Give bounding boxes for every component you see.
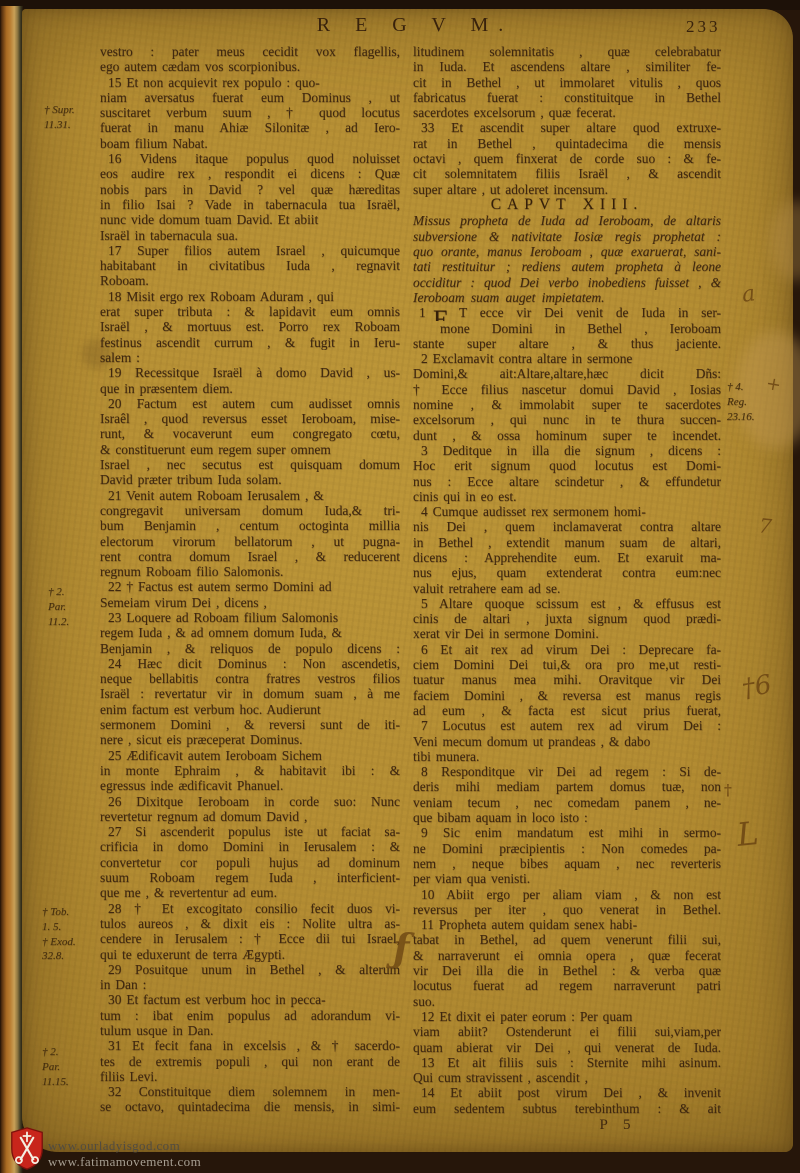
text-line: 25 Ædificavit autem Ieroboam Sichem [100, 748, 400, 763]
text-line: 12 Et dixit ei pater eorum : Per quam [413, 1009, 721, 1024]
text-line: 14 Et abiit post virum Dei , & invenit [413, 1085, 721, 1100]
text-line: regem Iuda , & ad omnem domum Iuda, & [100, 625, 400, 640]
text-line: valuit retrahere eam ad se. [413, 581, 721, 596]
text-line: niam aversatus fuerat eum Dominus , ut [100, 90, 400, 105]
text-line: cinis qui in eo est. [413, 489, 721, 504]
text-line: nus ejus, quam extenderat contra eum:nec [413, 565, 721, 580]
text-line: ne Domini præcipientis : Non comedes pa- [413, 841, 721, 856]
text-line: tibi munera. [413, 749, 721, 764]
margin-note-line: 1. 5. [42, 920, 100, 935]
text-line: 1ET ecce vir Dei venit de Iuda in ser- [413, 305, 721, 320]
text-line: filiis Levi. [100, 1069, 400, 1084]
text-line: mone Domini in Bethel , Ieroboam [413, 321, 721, 336]
handwritten-mark-seven: 7 [758, 513, 773, 538]
text-line: 33 Et ascendit super altare quod extruxe… [413, 120, 721, 135]
text-line: 10 Abiit ergo per aliam viam , & non est [413, 887, 721, 902]
text-line: dunt , & ossa hominum super te incendet. [413, 428, 721, 443]
text-line: festinus ascendit currum , & fugit in Ie… [100, 335, 400, 350]
text-line: crificia in domo Domini in Ierusalem : & [100, 839, 400, 854]
watermark-url-ourladyisgod: www.ourladyisgod.com [48, 1138, 180, 1154]
margin-note-2par-11-2: † 2. Par. 11.2. [48, 585, 106, 629]
text-line: viam abiit? Ostenderunt ei filii sui,via… [413, 1024, 721, 1039]
text-line: ciem Domini Dei tui,& ora pro me,ut rest… [413, 657, 721, 672]
text-line: 18 Misit ergo rex Roboam Aduram , qui [100, 289, 400, 304]
text-line: tum : ibat enim populus ad adorandum vi- [100, 1008, 400, 1023]
text-line: 19 Recessitque Israël à domo David , us- [100, 365, 400, 380]
text-line: ego autem cædam vos scorpionibus. [100, 59, 400, 74]
text-line: nere , sicut eis præceperat Dominus. [100, 732, 400, 747]
text-line: nem , neque bibes aquam , nec reverteris [413, 856, 721, 871]
text-line: 22 † Factus est autem sermo Domini ad [100, 579, 400, 594]
paper-stain [770, 201, 800, 281]
text-line: in filio Isai ? Vade in tabernacula tua … [100, 197, 400, 212]
text-line: Roboam. [100, 273, 400, 288]
text-line: convertetur cor populi hujus ad dominum [100, 855, 400, 870]
text-line: dicens : Apprehendite eum. Et exaruit ma… [413, 550, 721, 565]
text-line: reversus per iter , quo venerat in Bethe… [413, 902, 721, 917]
text-line: vestro : pater meus cecidit vox flagelli… [100, 44, 400, 59]
text-line: 5 Altare quoque scissum est , & effusus … [413, 596, 721, 611]
text-line: tulum usque in Dan. [100, 1023, 400, 1038]
text-line: Israël : revertatur vir in domum suam , … [100, 686, 400, 701]
text-line: Domini,& ait:Altare,altare,hæc dicit Dñs… [413, 366, 721, 381]
text-line: que me , & revertentur ad eum. [100, 885, 400, 900]
text-line: CAPVT XIII. [413, 197, 721, 214]
text-line: 17 Super filios autem Israel , quicumque [100, 243, 400, 258]
handwritten-cross-mark: † [724, 781, 732, 799]
signature-mark: P 5 [560, 1117, 670, 1134]
text-line: erat super tributa : & lapidavit eum omn… [100, 304, 400, 319]
text-line: Israel , nec secutus est quisquam domum [100, 457, 400, 472]
text-line: cendere in Ierusalem : † Ecce dii tui Is… [100, 931, 400, 946]
text-line: 9 Sic enim mandatum est mihi in sermo- [413, 825, 721, 840]
watermark-url-fatimamovement: www.fatimamovement.com [48, 1154, 201, 1170]
text-line: congregavit universam domum Iuda,& tri- [100, 503, 400, 518]
text-line: in Bethel , extendit manum suam de altar… [413, 535, 721, 550]
margin-note-tob-exod: † Tob. 1. 5. † Exod. 32.8. [42, 905, 100, 964]
text-line: occiditur : quod Dei verbo inobediens fu… [413, 275, 721, 290]
text-line: 3 Deditque in illa die signum , dicens : [413, 443, 721, 458]
text-line: Israël , & mortuus est. Porro rex Roboam [100, 319, 400, 334]
text-line: nunc vide domum tuam David. Et abiit [100, 212, 400, 227]
text-line: locutus fuerat ad regem narraverunt patr… [413, 978, 721, 993]
margin-note-line: † 2. [48, 585, 106, 600]
text-line: & constituerunt eum regem super omnem [100, 442, 400, 457]
text-line: subversione & nativitate Iosiæ regis pro… [413, 229, 721, 244]
text-line: Benjamin , & reliquos de populo dicens : [100, 641, 400, 656]
margin-note-line: 11.31. [44, 118, 102, 133]
handwritten-mark-l: L [735, 814, 760, 854]
text-line: 23 Loquere ad Roboam filium Salomonis [100, 610, 400, 625]
text-line: cit solemnitatem filiis Israël , & ascen… [413, 166, 721, 181]
text-column-right: litudinem solemnitatis , quæ celebrabatu… [413, 44, 721, 1116]
text-line: per viam qua venisti. [413, 871, 721, 886]
text-line: xerat vir Dei in sermone Domini. [413, 626, 721, 641]
verse-number: 1 [419, 305, 426, 320]
text-line: ad eum , & facta est sicut prius fuerat, [413, 703, 721, 718]
text-line: veniam tecum , nec comedam panem , ne- [413, 795, 721, 810]
text-line: litudinem solemnitatis , quæ celebrabatu… [413, 44, 721, 59]
text-line: se octavo, quintadecima die mensis, in s… [100, 1099, 400, 1114]
text-line: tati restituitur ; rediens autem prophet… [413, 259, 721, 274]
text-line: tulos aureos , & dixit eis : Nolite ultr… [100, 916, 400, 931]
handwritten-brace-mark: ƒ [393, 925, 409, 970]
text-line: runt, & vocaverunt eum congregato cœtu, [100, 426, 400, 441]
margin-note-line: 11.2. [48, 615, 106, 630]
text-line: in Iuda. Et ascendens altare , similiter… [413, 59, 721, 74]
text-line: 32 Constituitque diem solemnem in men- [100, 1084, 400, 1099]
drop-cap: E [433, 306, 449, 320]
text-line: deris mihi mediam partem domus tuæ, non [413, 779, 721, 794]
text-line: cinis de altari , juxta signum quod præd… [413, 611, 721, 626]
text-line: 28 † Et excogitato consilio fecit duos v… [100, 901, 400, 916]
text-line: Veni mecum domum ut prandeas , & dabo [413, 734, 721, 749]
text-line: qui te eduxerunt de terra Ægypti. [100, 947, 400, 962]
page-number: 233 [686, 17, 721, 37]
text-line: fuerat in manu Ahiæ Silonitæ , ad Iero- [100, 120, 400, 135]
text-line: boam filium Nabat. [100, 136, 400, 151]
text-line: in monte Ephraim , & habitavit ibi : & [100, 763, 400, 778]
text-line: Semeiam virum Dei , dicens , [100, 595, 400, 610]
margin-note-line: 32.8. [42, 949, 100, 964]
text-line: 30 Et factum est verbum hoc in pecca- [100, 992, 400, 1007]
text-line: eos audire rex , respondit ei dicens : Q… [100, 166, 400, 181]
text-line: & narraverunt ei omnia opera , quæ fecer… [413, 948, 721, 963]
text-line: David præter tribum Iuda solam. [100, 472, 400, 487]
text-line: nomine , & immolabit super te sacerdotes [413, 397, 721, 412]
text-line: suum Roboam regem Iuda , interficient- [100, 870, 400, 885]
text-column-left: vestro : pater meus cecidit vox flagelli… [100, 44, 400, 1115]
text-line: enim factum est verbum hoc. Audierunt [100, 702, 400, 717]
margin-note-2par-11-15: † 2. Par. 11.15. [42, 1045, 100, 1089]
text-line: excelsorum , qui nunc in te thura succen… [413, 412, 721, 427]
text-line: 8 Responditque vir Dei ad regem : Si de- [413, 764, 721, 779]
text-line: tuatur manus mea mihi. Oravitque vir Dei [413, 672, 721, 687]
margin-note-line: † 2. [42, 1045, 100, 1060]
text-line: 20 Factum est autem cum audisset omnis [100, 396, 400, 411]
text-line: 24 Hæc dicit Dominus : Non ascendetis, [100, 656, 400, 671]
text-line: Missus propheta de Iuda ad Ieroboam, de … [413, 213, 721, 228]
text-line: bum Benjamin , centum octoginta millia [100, 518, 400, 533]
text-line: Israêl , quod reversus esset Ieroboam, m… [100, 411, 400, 426]
text-line: 11 Propheta autem quidam senex habi- [413, 917, 721, 932]
margin-note-line: † Supr. [44, 103, 102, 118]
text-line: 26 Dixitque Ieroboam in corde suo: Nunc [100, 794, 400, 809]
text-line: revertetur regnum ad domum David , [100, 809, 400, 824]
text-line: quo orante, manus Ieroboam , quæ exaruer… [413, 244, 721, 259]
text-line: Ieroboam suam auget impietatem. [413, 290, 721, 305]
text-line: eum sedentem subtus terebinthum : & ait [413, 1101, 721, 1116]
margin-note-line: Reg. [727, 395, 777, 410]
text-line: 21 Venit autem Roboam Ierusalem , & [100, 488, 400, 503]
text-line: regnum Roboam filio Salomonis. [100, 564, 400, 579]
text-line: Israël in tabernacula sua. [100, 228, 400, 243]
text-line: 4 Cumque audisset rex sermonem homi- [413, 504, 721, 519]
text-line: vir Dei illa die in Bethel : & verba quæ [413, 963, 721, 978]
text-line: nobis pars in David ? vel quæ hæreditas [100, 182, 400, 197]
text-line: 2 Exclamavit contra altare in sermone [413, 351, 721, 366]
text-line: rat in Bethel , quintadecima die mensis [413, 136, 721, 151]
margin-note-supra: † Supr. 11.31. [44, 103, 102, 133]
text-line: octavi , quem finxerat de corde suo : & … [413, 151, 721, 166]
text-line: 7 Locutus est autem rex ad virum Dei : [413, 718, 721, 733]
text-line: 29 Posuitque unum in Bethel , & alterum [100, 962, 400, 977]
scanned-book-photo: { "header": { "title": "R E G V M.", "pa… [0, 0, 800, 1173]
text-line: Qui cum stravissent , ascendit , [413, 1070, 721, 1085]
text-line: tabat in Bethel, ad quem venerunt filii … [413, 932, 721, 947]
text-line: egressus inde ædificavit Phanuel. [100, 778, 400, 793]
text-line: que bibam aquam in loco isto : [413, 810, 721, 825]
text-line: habitabant in civitatibus Iuda , regnavi… [100, 258, 400, 273]
margin-note-line: Par. [48, 600, 106, 615]
text-line: sermonem Domini , & reversi sunt de iti- [100, 717, 400, 732]
text-line: suo. [413, 994, 721, 1009]
margin-note-line: † Exod. [42, 935, 100, 950]
text-line: tes de extremis populi , qui non erant d… [100, 1054, 400, 1069]
text-line: nis Dei , quem inclamaverat contra altar… [413, 519, 721, 534]
text-line: 27 Si ascenderit populus iste ut faciat … [100, 824, 400, 839]
handwritten-mark-six: †6 [740, 670, 774, 705]
text-line: 15 Et non acquievit rex populo : quo- [100, 75, 400, 90]
running-header-title: R E G V M. [300, 14, 530, 37]
text-line: 31 Et fecit fana in excelsis , & † sacer… [100, 1038, 400, 1053]
shield-logo-icon [9, 1127, 45, 1170]
text-line: super altare , ut adoleret incensum. [413, 182, 721, 197]
text-line: neque bellabitis contra fratres vestros … [100, 671, 400, 686]
text-line: † Ecce filius nascetur domui David , Ios… [413, 382, 721, 397]
margin-note-line: Par. [42, 1060, 100, 1075]
text-line: Hoc erit signum quod locutus est Domi- [413, 458, 721, 473]
text-line: 13 Et ait filiis suis : Sternite mihi as… [413, 1055, 721, 1070]
book-spine-edge [0, 6, 23, 1173]
margin-note-line: 11.15. [42, 1075, 100, 1090]
text-line: fabricatus fuerat : constituitque in Bet… [413, 90, 721, 105]
text-line: electorum virorum bellatorum , ut pugna- [100, 534, 400, 549]
text-line: rent contra domum Israel , & reducerent [100, 549, 400, 564]
text-line: 16 Videns itaque populus quod noluisset [100, 151, 400, 166]
text-line: salem : [100, 350, 400, 365]
margin-note-line: † Tob. [42, 905, 100, 920]
text-line: stante super altare , & thus jaciente. [413, 336, 721, 351]
margin-note-line: 23.16. [727, 410, 777, 425]
text-line: suscitaret verbum suum , † quod locutus [100, 105, 400, 120]
text-line: que in præsentem diem. [100, 381, 400, 396]
text-line: sacerdotes excelsorum , quæ fecerat. [413, 105, 721, 120]
text-line: in Dan : [100, 977, 400, 992]
text-line: 6 Et ait rex ad virum Dei : Deprecare fa… [413, 642, 721, 657]
text-line: faciem Domini , & reversa est manus regi… [413, 688, 721, 703]
text-line: quam abierat vir Dei , qui venerat de Iu… [413, 1040, 721, 1055]
text-line: cit in Bethel , ut immolaret vitulis , q… [413, 75, 721, 90]
text-line: nus : Ecce altare scindetur , & effundet… [413, 474, 721, 489]
